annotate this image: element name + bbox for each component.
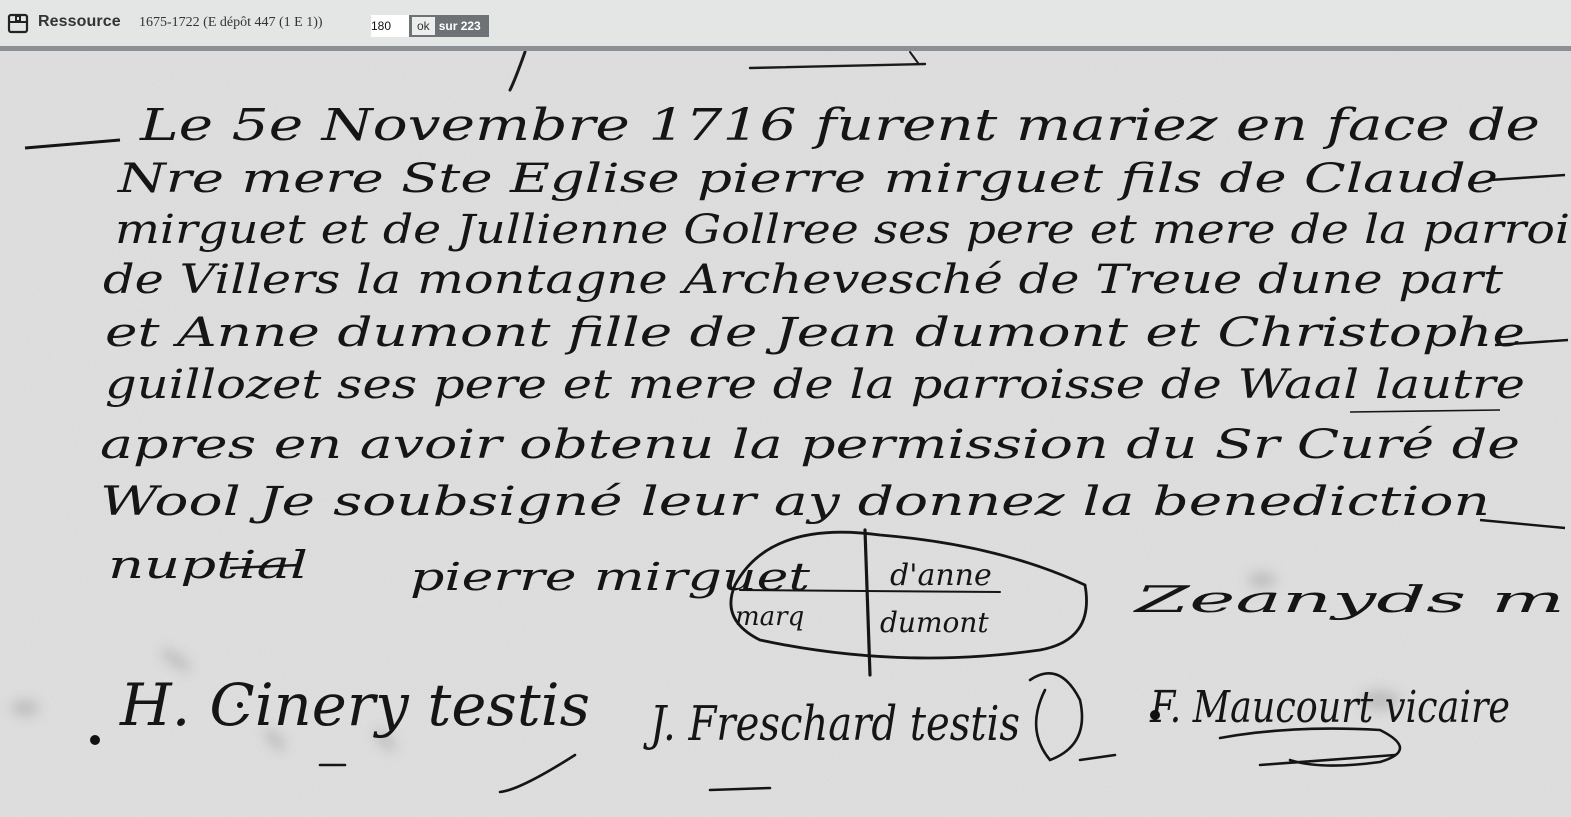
total-pages-label: sur 223 — [439, 19, 481, 33]
archive-box-icon — [7, 12, 29, 34]
go-to-page-button[interactable]: ok — [412, 17, 435, 35]
resource-subtitle: 1675-1722 (E dépôt 447 (1 E 1)) — [139, 15, 323, 31]
resource-title: Ressource — [38, 13, 121, 31]
svg-text:de Villers la montagne Archeve: de Villers la montagne Archevesché de Tr… — [103, 257, 1504, 303]
svg-text:H. Cinery testis: H. Cinery testis — [119, 671, 590, 739]
svg-text:d'anne: d'anne — [890, 558, 992, 593]
pager-controls: ok sur 223 — [409, 15, 489, 37]
manuscript-text: Le 5e Novembre 1716 furent mariez en fac… — [100, 100, 1570, 587]
svg-text:et Anne dumont fille de Jean d: et Anne dumont fille de Jean dumont et C… — [105, 310, 1525, 356]
svg-text:F. Maucourt vicaire: F. Maucourt vicaire — [1149, 682, 1510, 733]
svg-text:guillozet ses pere et mere de: guillozet ses pere et mere de la parrois… — [105, 362, 1525, 408]
svg-text:Le 5e Novembre 1716 furent mar: Le 5e Novembre 1716 furent mariez en fac… — [139, 100, 1540, 151]
svg-text:Zeanyds m: Zeanyds m — [1133, 580, 1565, 621]
svg-text:J. Freschard testis: J. Freschard testis — [642, 696, 1020, 752]
svg-text:Wool Je soubsigné leur ay donn: Wool Je soubsigné leur ay donnez la bene… — [100, 479, 1490, 525]
page-navigator: ok sur 223 — [371, 15, 489, 37]
svg-text:dumont: dumont — [880, 606, 989, 639]
page-number-input[interactable] — [371, 15, 409, 37]
svg-text:Nre mere Ste Eglise pierre mir: Nre mere Ste Eglise pierre mirguet fils … — [117, 156, 1498, 202]
resource-header: Ressource 1675-1722 (E dépôt 447 (1 E 1)… — [0, 0, 1571, 46]
manuscript-scan: Le 5e Novembre 1716 furent mariez en fac… — [0, 51, 1571, 817]
svg-text:mirguet et de Jullienne Gollre: mirguet et de Jullienne Gollree ses pere… — [115, 207, 1570, 253]
manuscript-image-viewer[interactable]: Le 5e Novembre 1716 furent mariez en fac… — [0, 51, 1571, 817]
svg-text:marq: marq — [735, 602, 804, 632]
svg-text:apres en avoir obtenu la permi: apres en avoir obtenu la permission du S… — [100, 422, 1520, 468]
